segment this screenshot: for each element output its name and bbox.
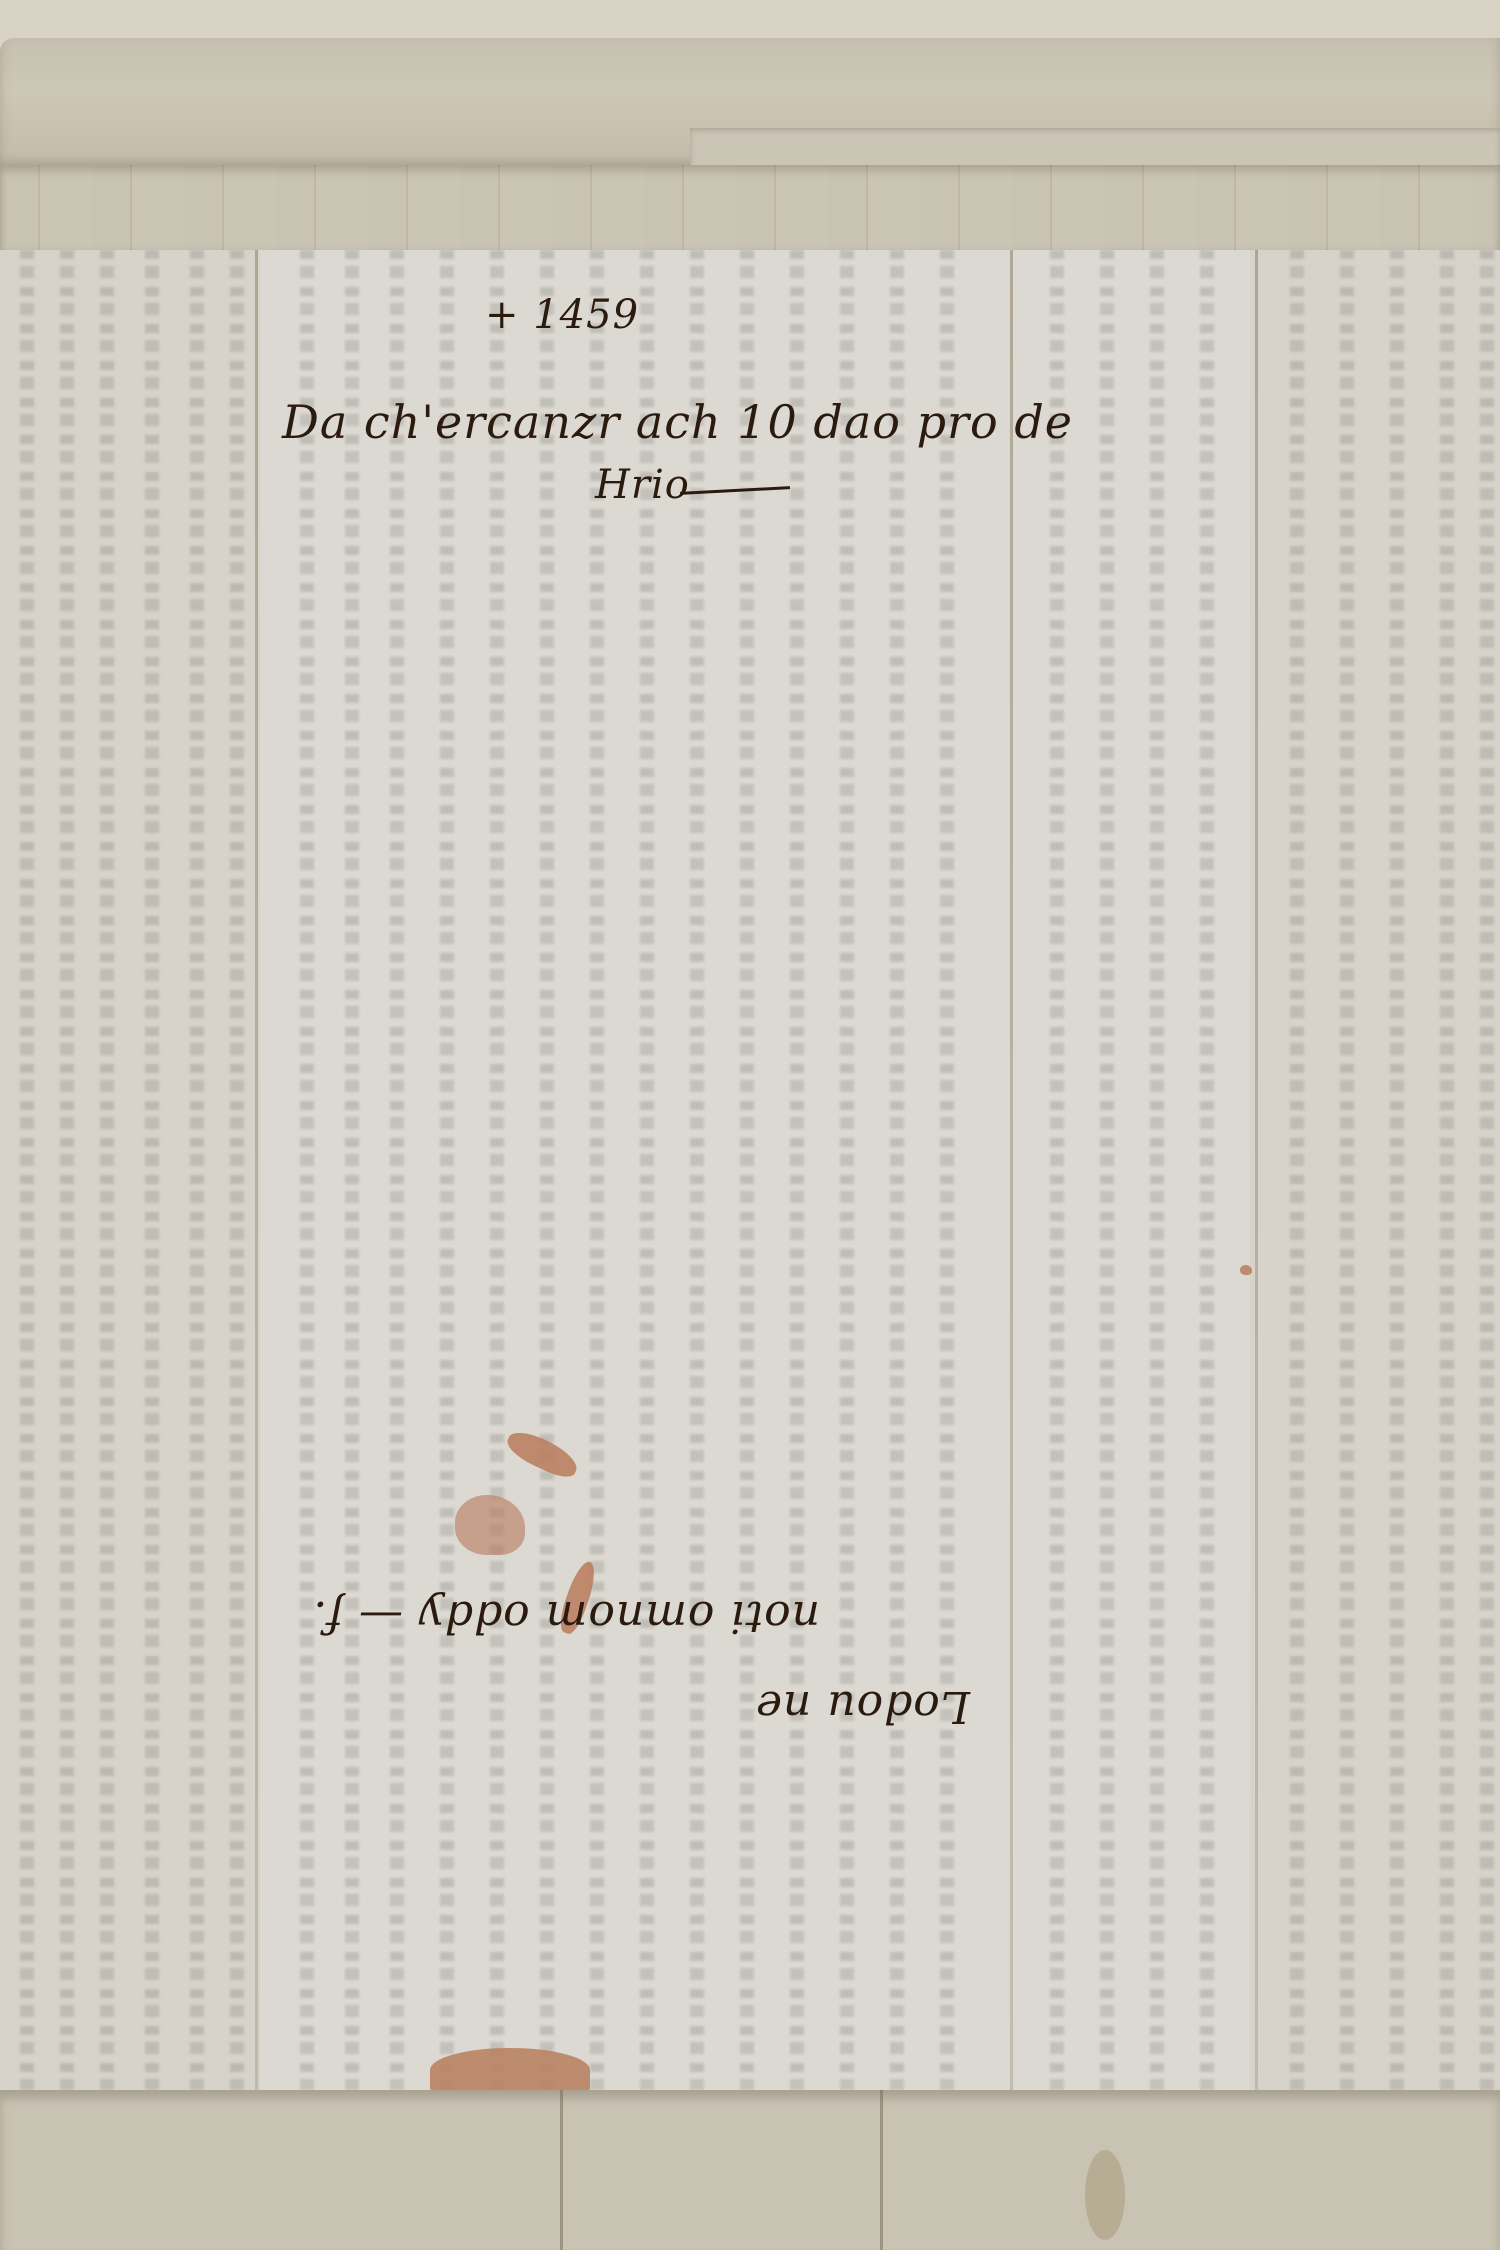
manuscript-sheet: [0, 250, 1500, 2090]
left-panel: [0, 250, 260, 2090]
bleed-through-text: [490, 250, 504, 2090]
wax-speck: [1240, 1265, 1252, 1275]
bleed-through-text: [1200, 250, 1214, 2090]
bleed-through-text: [1050, 250, 1064, 2090]
year-annotation: + 1459: [485, 292, 639, 338]
bleed-through-text: [540, 250, 554, 2090]
address-line-1: Da ch'ercanzr ach 10 dao pro de: [282, 395, 1073, 449]
bleed-through-text: [1480, 250, 1494, 2090]
inscription-line-1: Lodou ne: [755, 1681, 970, 1732]
bleed-through-text: [640, 250, 654, 2090]
bleed-through-text: [740, 250, 754, 2090]
top-folded-edge: [0, 165, 1500, 255]
bleed-through-text: [1440, 250, 1454, 2090]
fold-line: [560, 2090, 563, 2250]
bleed-through-text: [1100, 250, 1114, 2090]
fold-line: [880, 2090, 883, 2250]
bleed-through-text: [300, 250, 314, 2090]
bleed-through-text: [590, 250, 604, 2090]
wax-seal-fragment: [430, 2048, 590, 2092]
bleed-through-text: [390, 250, 404, 2090]
fold-line: [1255, 250, 1258, 2090]
right-panel: [1250, 250, 1500, 2090]
bleed-through-text: [690, 250, 704, 2090]
bleed-through-text: [60, 250, 74, 2090]
bleed-through-text: [145, 250, 159, 2090]
bleed-through-text: [230, 250, 244, 2090]
bleed-through-text: [20, 250, 34, 2090]
fold-line: [255, 250, 258, 2090]
bleed-through-text: [890, 250, 904, 2090]
bleed-through-text: [790, 250, 804, 2090]
bleed-through-text: [190, 250, 204, 2090]
stain: [1085, 2150, 1125, 2240]
bottom-paper-strip: [0, 2090, 1500, 2250]
bleed-through-text: [840, 250, 854, 2090]
upside-down-inscription: Lodou ne noti omnom oddy — f.: [310, 1540, 1010, 1750]
bleed-through-text: [1390, 250, 1404, 2090]
address-line-2: Hrio: [595, 462, 690, 508]
fold-line: [1010, 250, 1013, 2090]
bleed-through-text: [345, 250, 359, 2090]
bleed-through-text: [1290, 250, 1304, 2090]
bleed-through-text: [100, 250, 114, 2090]
bleed-through-text: [440, 250, 454, 2090]
bleed-through-text: [940, 250, 954, 2090]
bleed-through-text: [1340, 250, 1354, 2090]
bleed-through-text: [1150, 250, 1164, 2090]
inscription-line-2: noti omnom oddy — f.: [312, 1591, 820, 1642]
